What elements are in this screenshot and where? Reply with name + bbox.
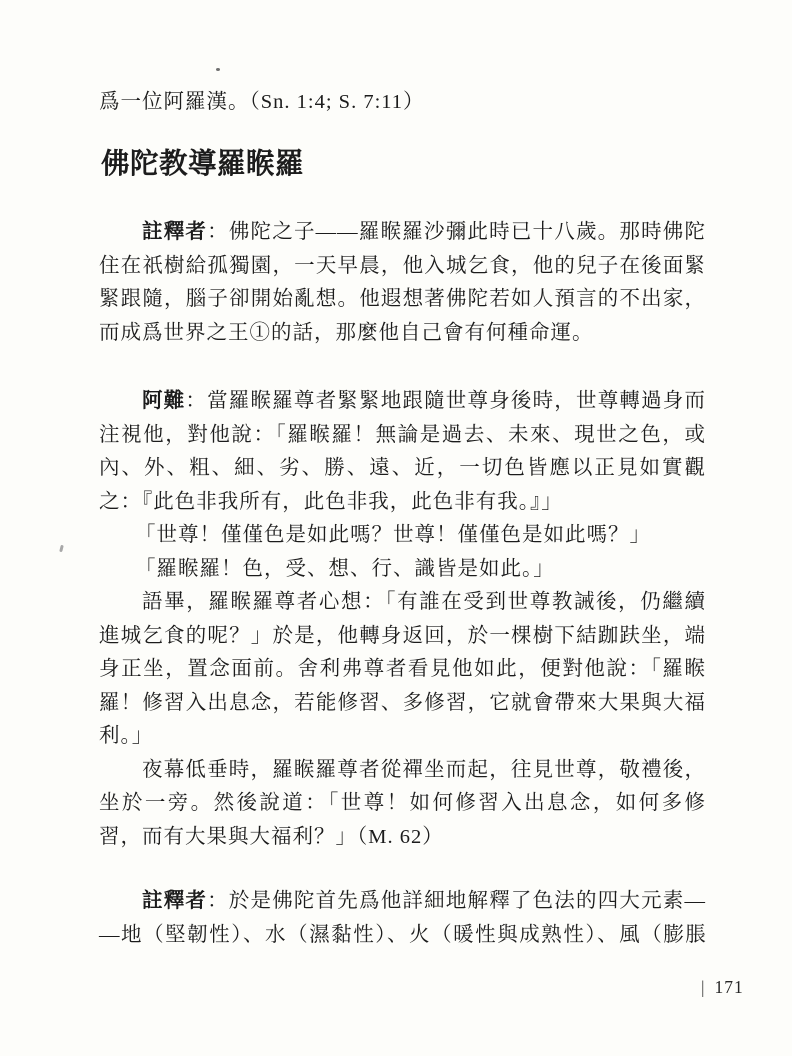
speaker-label: 阿難: [142, 390, 185, 412]
text-line: 「羅睺羅！色，受、想、行、識皆是如此。」: [99, 553, 706, 587]
chapter-heading: 佛陀教導羅睺羅: [101, 145, 304, 185]
page-number: |171: [701, 977, 744, 998]
text-column: 註釋者：佛陀之子——羅睺羅沙彌此時已十八歲。那時佛陀住在祇樹給孤獨園，一天早晨，…: [99, 216, 706, 952]
text-line: 身正坐，置念面前。舍利弗尊者看見他如此，便對他說：「羅睺: [99, 653, 706, 687]
text-line: 而成爲世界之王①的話，那麼他自己會有何種命運。: [99, 317, 706, 351]
scan-speck: [59, 545, 64, 553]
text-line: 註釋者：於是佛陀首先爲他詳細地解釋了色法的四大元素—: [99, 885, 706, 919]
speaker-label: 註釋者: [142, 221, 207, 243]
paragraph: 註釋者：佛陀之子——羅睺羅沙彌此時已十八歲。那時佛陀住在祇樹給孤獨園，一天早晨，…: [99, 216, 706, 350]
text-line: 羅！修習入出息念，若能修習、多修習，它就會帶來大果與大福: [99, 687, 706, 721]
paragraph: 阿難：當羅睺羅尊者緊緊地跟隨世尊身後時，世尊轉過身而注視他，對他說：「羅睺羅！無…: [99, 385, 706, 519]
text-line: 習，而有大果與大福利？」（M. 62）: [99, 821, 706, 855]
book-page: 爲一位阿羅漢。（Sn. 1:4; S. 7:11） 佛陀教導羅睺羅 註釋者：佛陀…: [0, 0, 792, 1056]
text-line: 「世尊！僅僅色是如此嗎？世尊！僅僅色是如此嗎？」: [99, 519, 706, 553]
text-line: 進城乞食的呢？」於是，他轉身返回，於一棵樹下結跏趺坐，端: [99, 620, 706, 654]
text-line: 利。」: [99, 720, 706, 754]
continuation-line: 爲一位阿羅漢。（Sn. 1:4; S. 7:11）: [99, 86, 425, 120]
speaker-label: 註釋者: [142, 890, 207, 912]
scan-speck: [216, 68, 220, 71]
paragraph: 「世尊！僅僅色是如此嗎？世尊！僅僅色是如此嗎？」「羅睺羅！色，受、想、行、識皆是…: [99, 519, 706, 854]
text-line: 內、外、粗、細、劣、勝、遠、近，一切色皆應以正見如實觀: [99, 452, 706, 486]
text-line: 坐於一旁。然後說道：「世尊！如何修習入出息念，如何多修: [99, 787, 706, 821]
page-number-separator: |: [701, 977, 706, 997]
text-line: 註釋者：佛陀之子——羅睺羅沙彌此時已十八歲。那時佛陀: [99, 216, 706, 250]
text-line: 之：『此色非我所有，此色非我，此色非有我。』」: [99, 486, 706, 520]
text-line: 夜幕低垂時，羅睺羅尊者從禪坐而起，往見世尊，敬禮後，: [99, 754, 706, 788]
text-line: 注視他，對他說：「羅睺羅！無論是過去、未來、現世之色，或: [99, 419, 706, 453]
text-line: 語畢，羅睺羅尊者心想：「有誰在受到世尊教誡後，仍繼續: [99, 586, 706, 620]
text-line: 緊跟隨，腦子卻開始亂想。他遐想著佛陀若如人預言的不出家，: [99, 283, 706, 317]
text-line: 住在祇樹給孤獨園，一天早晨，他入城乞食，他的兒子在後面緊: [99, 250, 706, 284]
text-line: 阿難：當羅睺羅尊者緊緊地跟隨世尊身後時，世尊轉過身而: [99, 385, 706, 419]
text-line: —地（堅韌性）、水（濕黏性）、火（暖性與成熟性）、風（膨脹: [99, 919, 706, 953]
page-number-value: 171: [715, 977, 744, 997]
paragraph: 註釋者：於是佛陀首先爲他詳細地解釋了色法的四大元素——地（堅韌性）、水（濕黏性）…: [99, 885, 706, 952]
